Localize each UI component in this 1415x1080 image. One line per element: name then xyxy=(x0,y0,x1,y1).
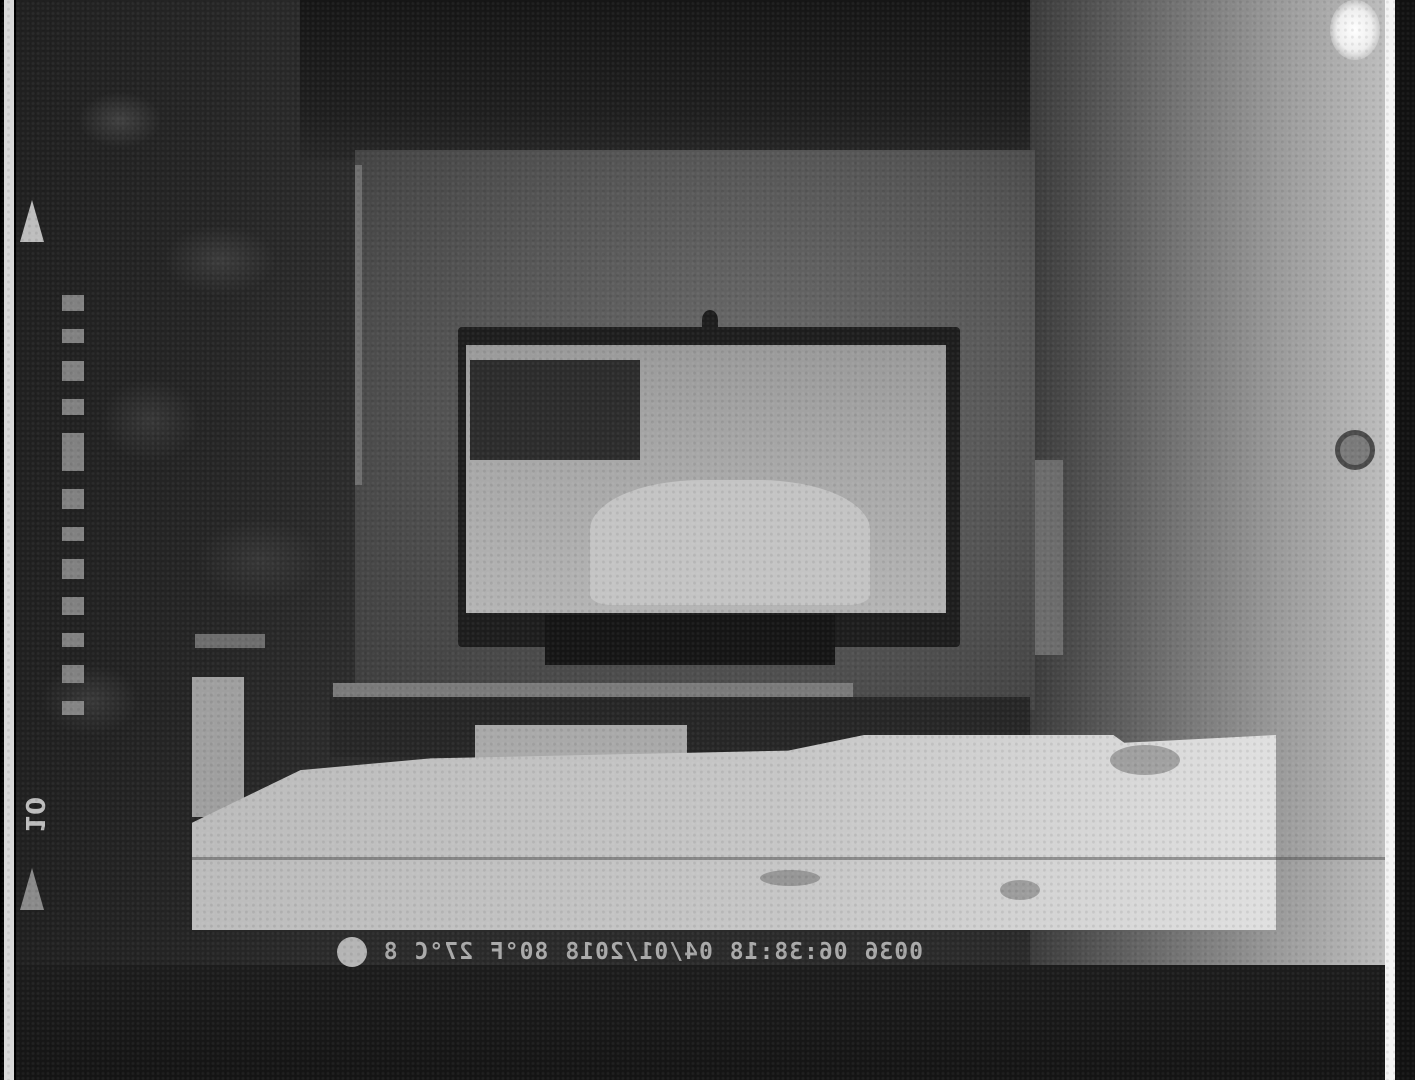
full-moon-icon xyxy=(337,937,367,967)
temp-f: 80°F xyxy=(489,939,548,965)
arrow-up-icon xyxy=(20,868,44,910)
film-scratch-line xyxy=(192,857,1392,860)
door-knob xyxy=(1335,430,1375,470)
film-edge-strip-left xyxy=(4,0,14,1080)
shelf xyxy=(333,683,853,697)
date: 04/01/2018 xyxy=(564,939,712,965)
moon-code: 8 xyxy=(383,939,398,965)
arrow-up-icon xyxy=(20,200,44,242)
side-table-top xyxy=(195,634,265,648)
film-edge-codes xyxy=(62,295,84,715)
camera-data-stamp: 0036 06:38:18 04/01/2018 80°F 27°C 8 xyxy=(195,935,923,969)
wall-trim xyxy=(355,165,362,485)
temp-c: 27°C xyxy=(414,939,473,965)
sheet-fold xyxy=(1000,880,1040,900)
sheet-fold xyxy=(1110,745,1180,775)
tv-screen-reflection xyxy=(470,360,640,460)
film-bottom-margin xyxy=(0,965,1415,1080)
tv-stand xyxy=(545,615,835,665)
side-table xyxy=(192,677,244,817)
film-edge-strip-right xyxy=(1385,0,1395,1080)
lamp-glow xyxy=(1330,0,1380,60)
sheet-fold xyxy=(760,870,820,886)
wall-panel xyxy=(1035,460,1063,655)
film-edge-right xyxy=(1395,0,1415,1080)
photograph: 0036 06:38:18 04/01/2018 80°F 27°C 8 10 xyxy=(0,0,1415,1080)
frame-number: 10 xyxy=(19,797,49,833)
time: 06:38:18 xyxy=(729,939,848,965)
counter: 0036 xyxy=(864,939,923,965)
tv-screen-bed-reflection xyxy=(590,480,870,605)
